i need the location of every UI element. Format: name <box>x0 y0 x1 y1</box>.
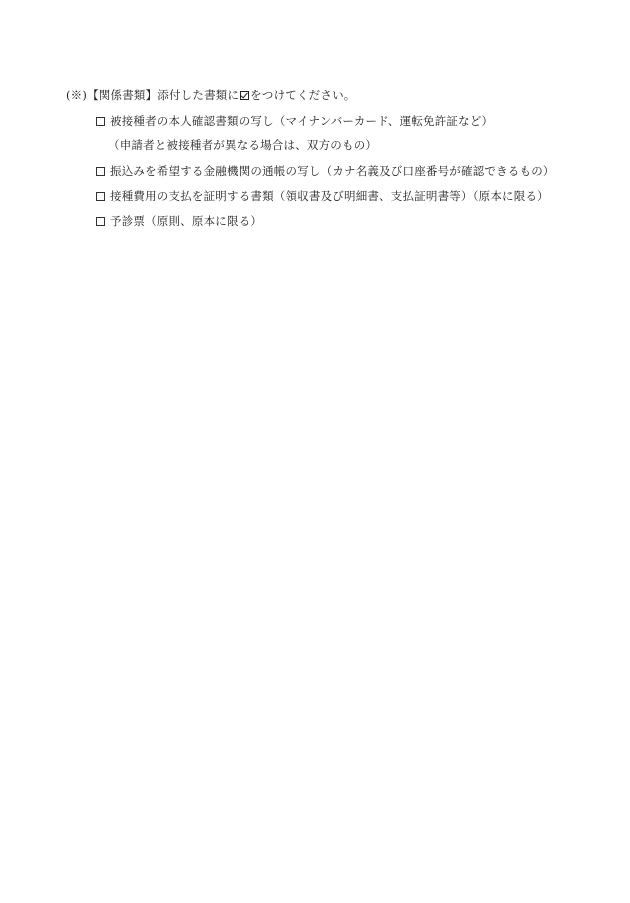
item-subnote: （申請者と被接種者が異なる場合は、双方のもの） <box>108 138 377 152</box>
note-suffix: をつけてください。 <box>250 88 355 102</box>
document-item-bankbook-copy[interactable]: 振込みを希望する金融機関の通帳の写し（カナ名義及び口座番号が確認できるもの） <box>96 164 555 178</box>
instruction-note: (※)【関係書類】添付した書類にをつけてください。 <box>66 88 355 102</box>
checkbox[interactable] <box>96 217 105 226</box>
item-label: 接種費用の支払を証明する書類（領収書及び明細書、支払証明書等）（原本に限る） <box>110 189 549 203</box>
subnote-text: （申請者と被接種者が異なる場合は、双方のもの） <box>108 138 377 152</box>
document-item-payment-proof[interactable]: 接種費用の支払を証明する書類（領収書及び明細書、支払証明書等）（原本に限る） <box>96 189 549 203</box>
item-label: 被接種者の本人確認書類の写し（マイナンバーカード、運転免許証など） <box>110 114 493 128</box>
checkbox[interactable] <box>96 117 105 126</box>
item-label: 予診票（原則、原本に限る） <box>110 214 262 228</box>
checkbox[interactable] <box>96 192 105 201</box>
note-prefix: (※)【関係書類】添付した書類に <box>66 88 239 102</box>
checkbox[interactable] <box>96 167 105 176</box>
checked-box-icon <box>240 91 249 100</box>
document-item-questionnaire[interactable]: 予診票（原則、原本に限る） <box>96 214 262 228</box>
document-item-id-copy[interactable]: 被接種者の本人確認書類の写し（マイナンバーカード、運転免許証など） <box>96 114 493 128</box>
item-label: 振込みを希望する金融機関の通帳の写し（カナ名義及び口座番号が確認できるもの） <box>110 164 555 178</box>
